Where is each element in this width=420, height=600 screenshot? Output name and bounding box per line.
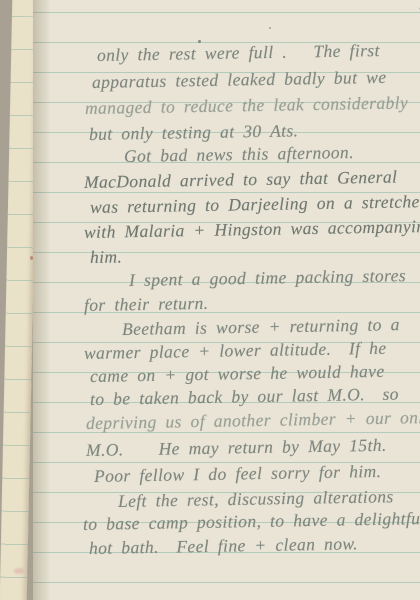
handwritten-line-4: but only testing at 30 Ats.: [89, 119, 299, 145]
handwritten-line-16: depriving us of another climber + our on…: [86, 406, 420, 434]
red-ink-speck: [30, 256, 33, 260]
handwritten-line-1: only the rest were full . The first: [97, 39, 380, 66]
handwritten-line-7: was returning to Darjeeling on a stretch…: [90, 190, 420, 218]
handwritten-line-3: managed to reduce the leak considerably: [85, 91, 408, 119]
handwritten-line-17: M.O. He may return by May 15th.: [86, 434, 387, 461]
handwritten-line-5: Got bad news this afternoon.: [124, 141, 354, 167]
handwritten-line-21: hot bath. Feel fine + clean now.: [89, 532, 358, 559]
handwritten-line-2: apparatus tested leaked badly but we: [92, 66, 387, 93]
handwritten-line-8: with Malaria + Hingston was accompanying: [84, 215, 420, 243]
handwritten-line-12: Beetham is worse + returning to a: [122, 313, 400, 340]
pencil-speck: [269, 27, 271, 29]
handwritten-line-15: to be taken back by our last M.O. so: [90, 383, 399, 410]
handwritten-line-9: him.: [90, 245, 123, 268]
notebook-scan: only the rest were full . The first appa…: [0, 0, 420, 600]
diary-page: only the rest were full . The first appa…: [33, 0, 420, 600]
handwritten-line-11: for their return.: [84, 292, 209, 316]
pink-smudge: [14, 568, 24, 574]
handwritten-line-10: I spent a good time packing stores: [129, 264, 406, 291]
handwritten-line-6: MacDonald arrived to say that General: [84, 166, 398, 193]
handwritten-line-18: Poor fellow I do feel sorry for him.: [94, 460, 382, 487]
pencil-speck: [198, 40, 201, 43]
handwritten-line-20: to base camp position, to have a delight…: [83, 507, 420, 535]
